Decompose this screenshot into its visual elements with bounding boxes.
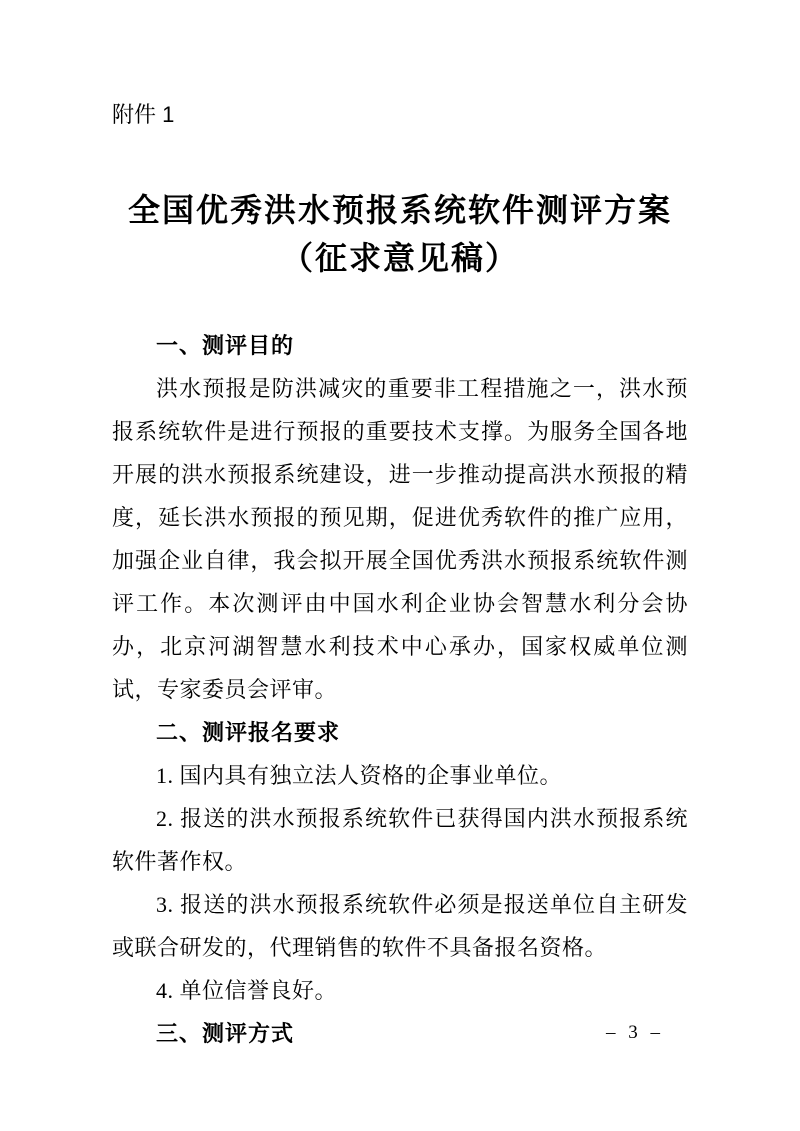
document-title: 全国优秀洪水预报系统软件测评方案 （征求意见稿） [112, 186, 688, 282]
requirement-item-2: 2. 报送的洪水预报系统软件已获得国内洪水预报系统软件著作权。 [112, 797, 688, 883]
title-line-2: （征求意见稿） [281, 240, 519, 276]
section-heading-method: 三、测评方式 [112, 1012, 688, 1055]
paragraph-purpose: 洪水预报是防洪减灾的重要非工程措施之一，洪水预报系统软件是进行预报的重要技术支撑… [112, 367, 688, 711]
page-number: – 3 – [606, 1022, 664, 1044]
section-heading-requirements: 二、测评报名要求 [112, 711, 688, 754]
requirement-item-1: 1. 国内具有独立法人资格的企事业单位。 [112, 754, 688, 797]
document-page: 附件 1 全国优秀洪水预报系统软件测评方案 （征求意见稿） 一、测评目的 洪水预… [0, 0, 800, 1131]
attachment-label: 附件 1 [112, 100, 688, 130]
document-body: 一、测评目的 洪水预报是防洪减灾的重要非工程措施之一，洪水预报系统软件是进行预报… [112, 324, 688, 1055]
requirement-item-4: 4. 单位信誉良好。 [112, 969, 688, 1012]
title-line-1: 全国优秀洪水预报系统软件测评方案 [128, 192, 672, 228]
section-heading-purpose: 一、测评目的 [112, 324, 688, 367]
requirement-item-3: 3. 报送的洪水预报系统软件必须是报送单位自主研发或联合研发的，代理销售的软件不… [112, 883, 688, 969]
